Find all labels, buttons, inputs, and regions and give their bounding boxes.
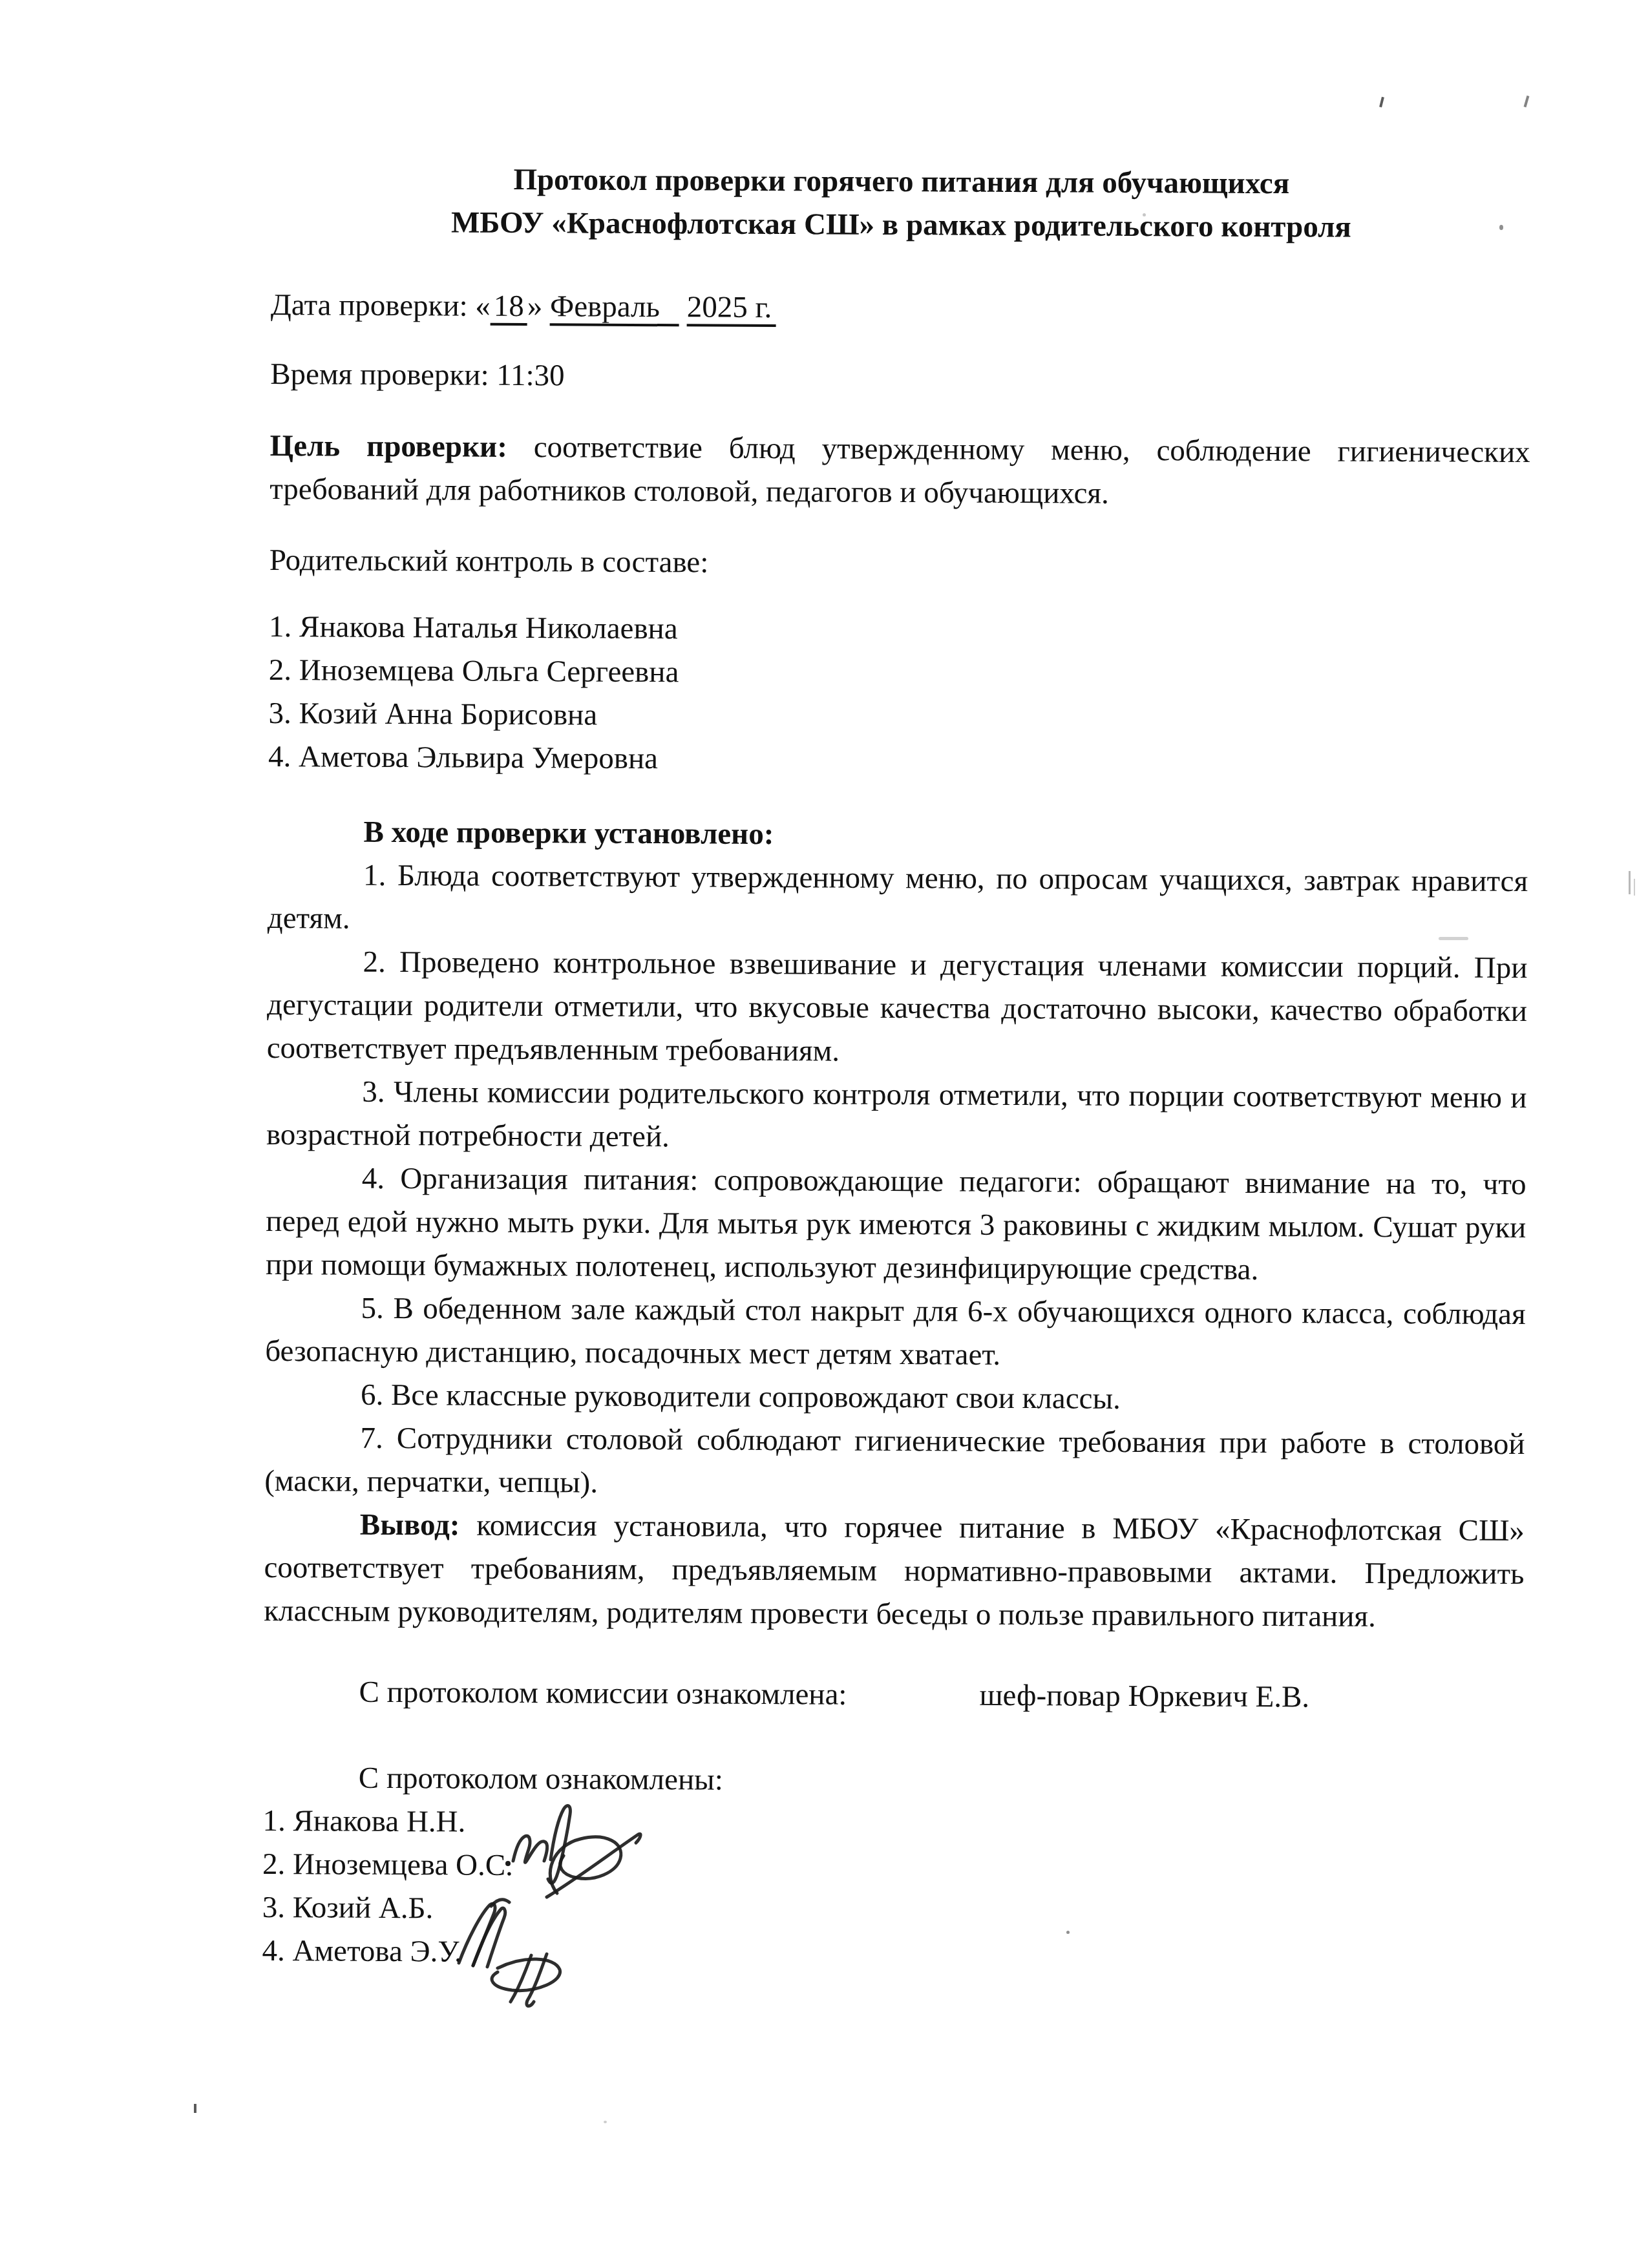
- tab-space: [847, 1705, 979, 1705]
- finding-item-4: 4. Организация питания: сопровождающие п…: [266, 1157, 1527, 1293]
- signatory-row-3: 3. Козий А.Б.: [262, 1886, 1523, 1936]
- conclusion-label: Вывод:: [360, 1508, 460, 1542]
- committee-member-3: 3. Козий Анна Борисовна: [268, 692, 1528, 742]
- date-close-quote: »: [527, 289, 543, 323]
- scan-speck: [194, 2104, 196, 2113]
- signatory-row-4: 4. Аметова Э.У.: [262, 1929, 1522, 1979]
- finding-item-6: 6. Все классные руководители сопровождаю…: [265, 1373, 1525, 1423]
- scan-speck: [604, 2121, 607, 2123]
- date-year-value: 2025 г.: [687, 290, 776, 327]
- chef-acknowledgement-label: С протоколом комиссии ознакомлена:: [359, 1675, 847, 1712]
- committee-member-4: 4. Аметова Эльвира Умеровна: [268, 735, 1528, 785]
- inspection-date-line: Дата проверки: «18» Февраль 2025 г.: [271, 284, 1531, 333]
- scan-speck: [1379, 97, 1384, 107]
- committee-member-1: 1. Янакова Наталья Николаевна: [269, 605, 1529, 655]
- inspection-purpose-paragraph: Цель проверки: соответствие блюд утвержд…: [269, 425, 1530, 518]
- signatory-row-2: 2. Иноземцева О.С.: [262, 1843, 1523, 1893]
- scan-speck: [1499, 225, 1503, 230]
- scan-speck: [1066, 1931, 1070, 1934]
- scan-speck: [1524, 96, 1530, 107]
- date-label: Дата проверки: «: [271, 288, 491, 323]
- document-title-line1: Протокол проверки горячего питания для о…: [271, 157, 1532, 207]
- committee-intro: Родительский контроль в составе:: [269, 539, 1530, 589]
- signatory-row-1: 1. Янакова Н.Н.: [262, 1800, 1523, 1849]
- findings-heading: В ходе проверки установлено:: [268, 810, 1528, 860]
- finding-item-7: 7. Сотрудники столовой соблюдают гигиени…: [264, 1416, 1525, 1509]
- inspection-time-line: Время проверки: 11:30: [270, 353, 1530, 403]
- scanned-protocol-page: Протокол проверки горячего питания для о…: [0, 0, 1648, 2268]
- date-day-value: 18: [491, 289, 527, 326]
- document-title-line2: МБОУ «Краснофлотская СШ» в рамках родите…: [271, 200, 1531, 250]
- finding-item-1: 1. Блюда соответствуют утвержденному мен…: [268, 854, 1528, 947]
- scan-line-artifact: [1629, 871, 1631, 894]
- purpose-label: Цель проверки:: [270, 429, 508, 464]
- finding-item-3: 3. Члены комиссии родительского контроля…: [266, 1070, 1527, 1163]
- date-month-value: Февраль: [550, 289, 679, 326]
- finding-item-5: 5. В обеденном зале каждый стол накрыт д…: [265, 1286, 1526, 1380]
- chef-name: шеф-повар Юркевич Е.В.: [979, 1679, 1309, 1714]
- chef-acknowledgement-line: С протоколом комиссии ознакомлена:шеф-по…: [263, 1670, 1523, 1720]
- finding-item-2: 2. Проведено контрольное взвешивание и д…: [267, 940, 1528, 1076]
- committee-member-2: 2. Иноземцева Ольга Сергеевна: [269, 649, 1529, 698]
- scan-smudge: [1439, 937, 1468, 940]
- scan-speck: [1143, 213, 1146, 216]
- document-body: Протокол проверки горячего питания для о…: [262, 157, 1532, 1979]
- signatories-heading: С протоколом ознакомлены:: [263, 1756, 1523, 1806]
- scan-line-artifact: [1634, 879, 1635, 896]
- conclusion-paragraph: Вывод: комиссия установила, что горячее …: [264, 1503, 1525, 1639]
